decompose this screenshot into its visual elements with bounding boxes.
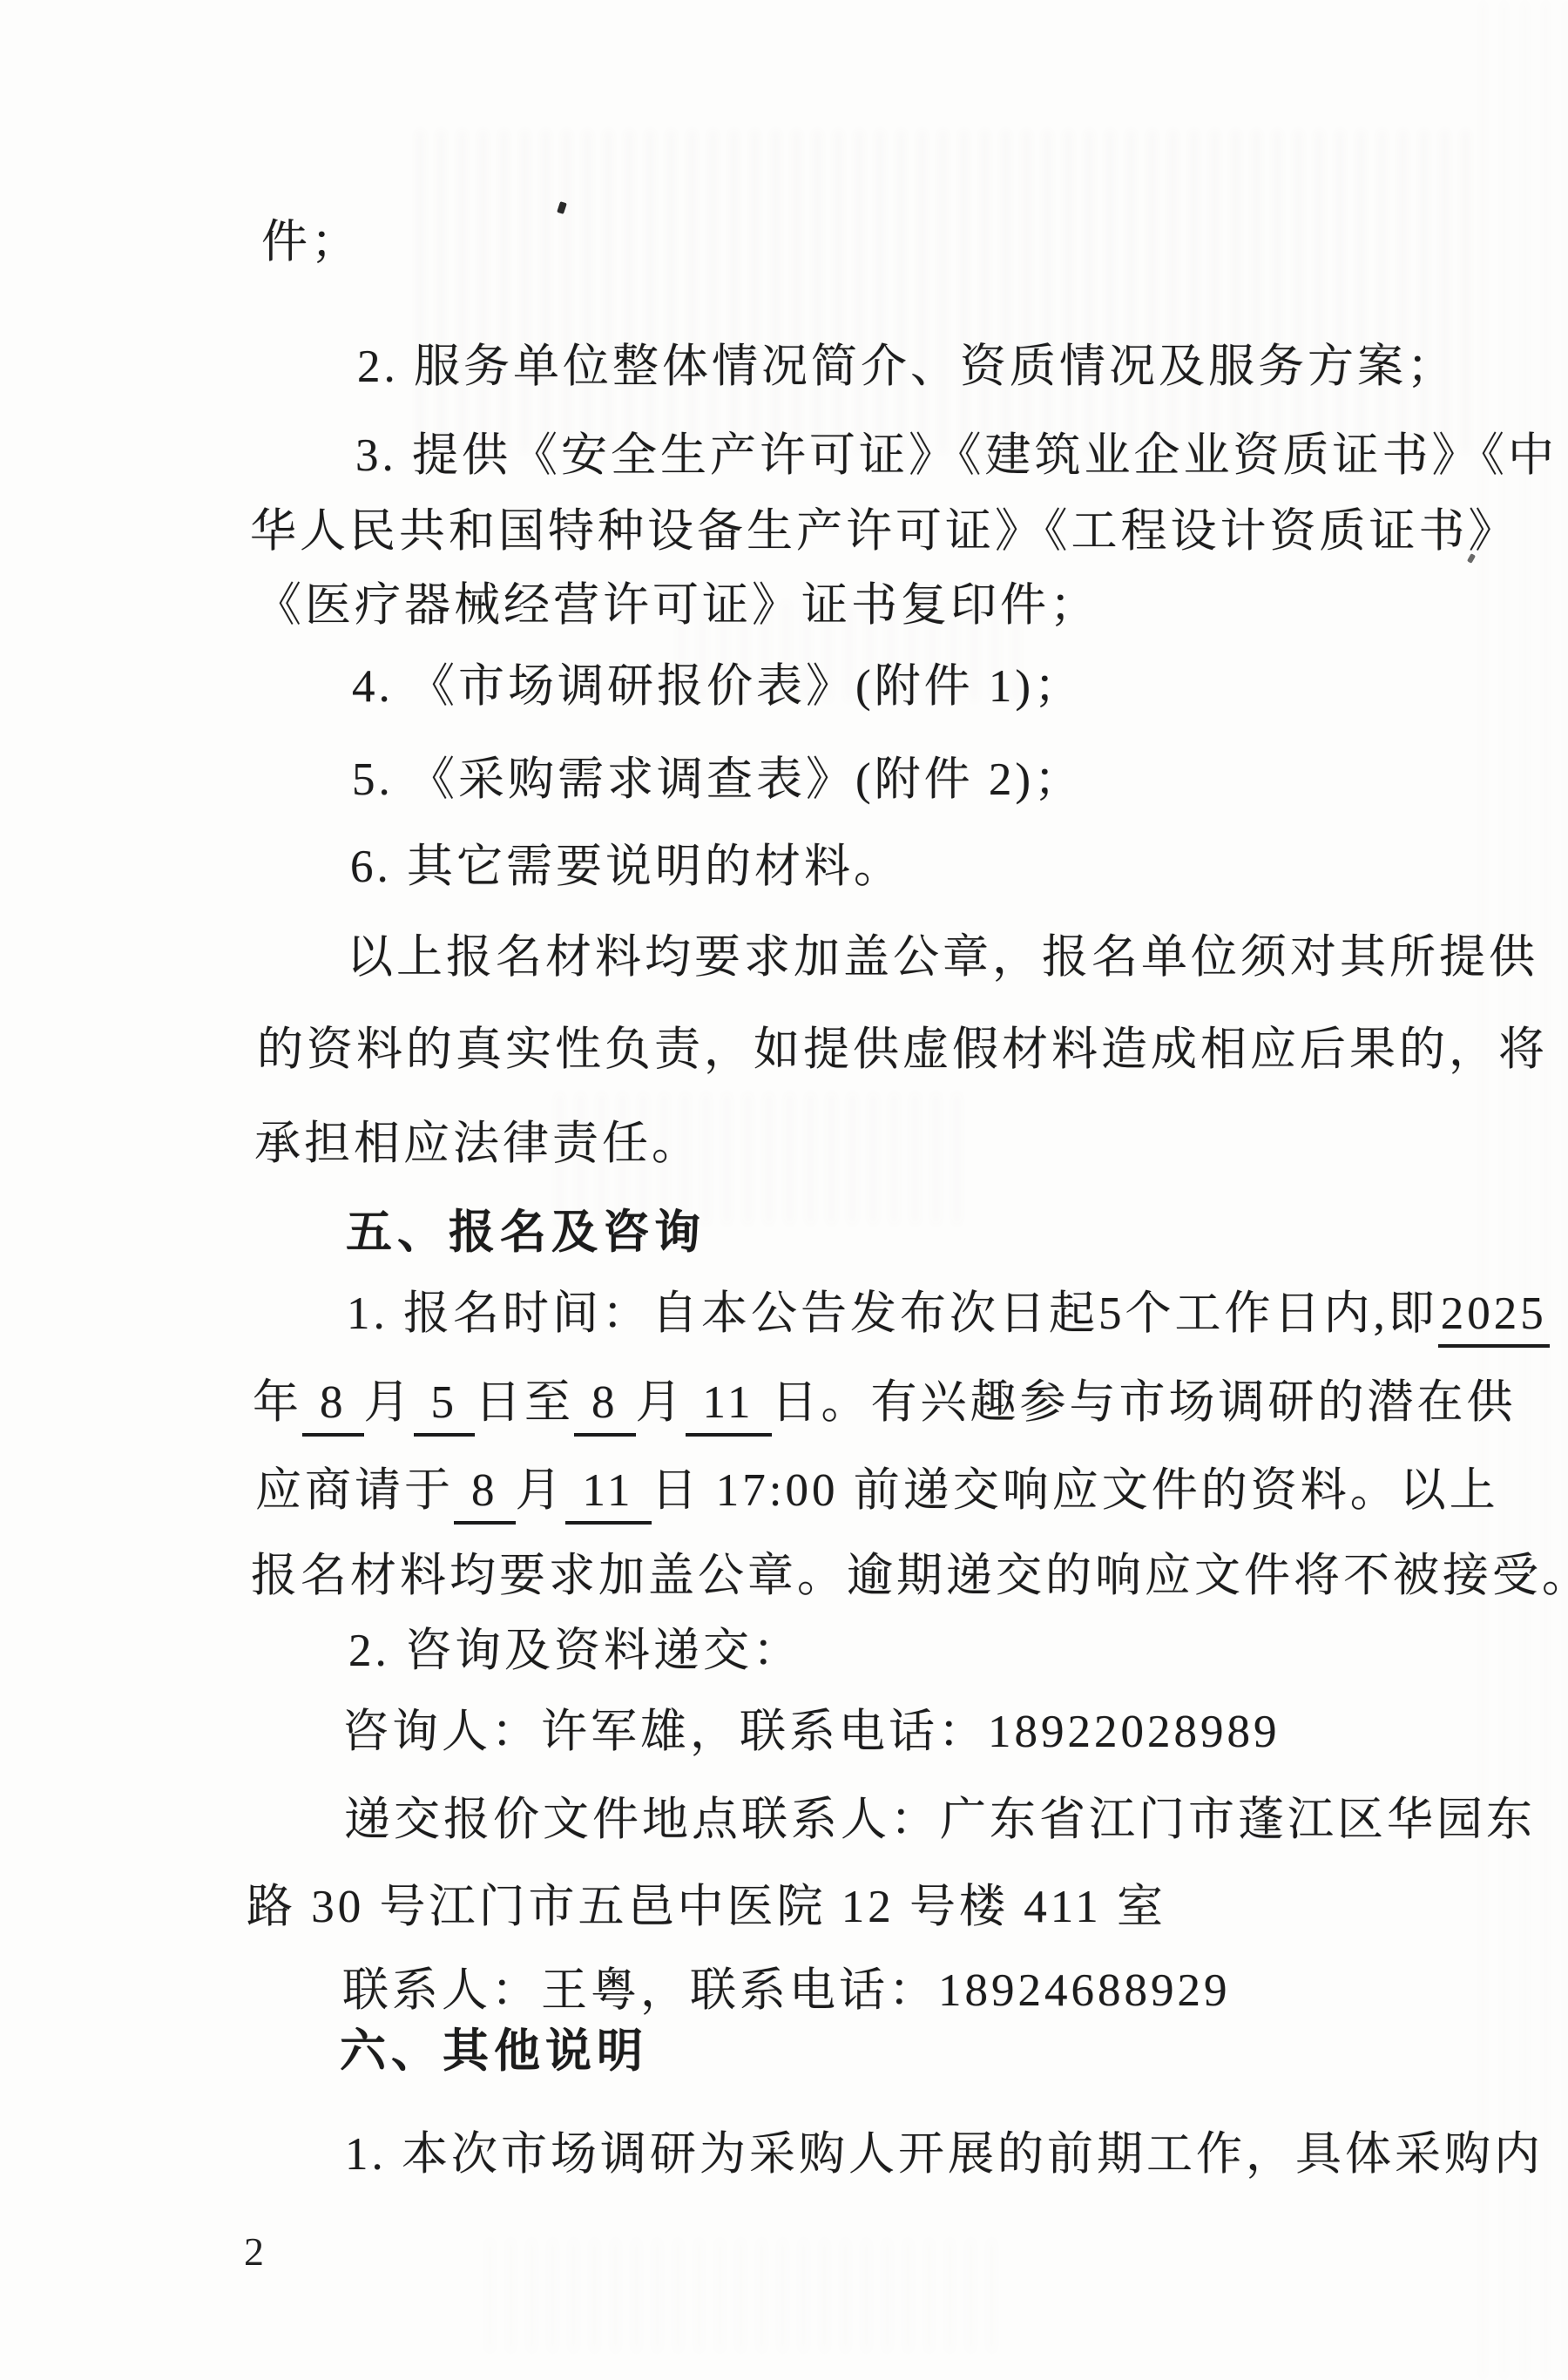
list-item-3-line2: 华人民共和国特种设备生产许可证》《工程设计资质证书》 (250, 503, 1518, 560)
submit-address-line2: 路 30 号江门市五邑中医院 12 号楼 411 室 (247, 1878, 1166, 1936)
consult-submit-heading: 2. 咨询及资料递交： (348, 1622, 802, 1680)
page-number: 2 (244, 2228, 264, 2275)
list-item-4: 4. 《市场调研报价表》(附件 1)； (352, 658, 1084, 715)
list-item-3-line1: 3. 提供《安全生产许可证》《建筑业企业资质证书》《中 (355, 427, 1558, 484)
bleedthrough-artifact-top (418, 131, 1472, 453)
list-item-5: 5. 《采购需求调查表》(附件 2)； (352, 751, 1084, 808)
section-heading-6-other-notes: 六、其他说明 (340, 2023, 648, 2080)
list-item-2: 2. 服务单位整体情况简介、资质情况及服务方案； (357, 338, 1456, 396)
ink-speck (557, 201, 567, 214)
seal-paragraph-line2: 的资料的真实性负责，如提供虚假材料造成相应后果的，将 (257, 1021, 1548, 1078)
consult-contact-line: 咨询人：许军雄，联系电话：18922028989 (342, 1703, 1281, 1761)
paragraph-continuation-line: 件； (261, 213, 361, 271)
submit-contact-line: 联系人：王粤，联系电话：18924688929 (342, 1962, 1231, 2019)
bleedthrough-artifact-bottom (488, 2239, 1010, 2352)
registration-time-line2: 年8月5日至8月11日。有兴趣参与市场调研的潜在供 (253, 1374, 1517, 1431)
scanned-document-page: 件； 2. 服务单位整体情况简介、资质情况及服务方案； 3. 提供《安全生产许可… (0, 0, 1568, 2380)
list-item-3-line3: 《医疗器械经营许可证》证书复印件； (255, 577, 1099, 634)
list-item-6: 6. 其它需要说明的材料。 (350, 838, 903, 896)
seal-paragraph-line1: 以上报名材料均要求加盖公章，报名单位须对其所提供 (347, 929, 1538, 986)
submit-address-line1: 递交报价文件地点联系人：广东省江门市蓬江区华园东 (344, 1791, 1536, 1849)
registration-time-line1: 1. 报名时间：自本公告发布次日起5个工作日内,即2025 (347, 1285, 1550, 1342)
section-heading-5-registration: 五、报名及咨询 (346, 1204, 706, 1261)
registration-time-line3: 应商请于8月11日 17:00 前递交响应文件的资料。以上 (255, 1462, 1499, 1519)
registration-time-line4: 报名材料均要求加盖公章。逾期递交的响应文件将不被接受。 (251, 1547, 1568, 1605)
seal-paragraph-line3: 承担相应法律责任。 (254, 1115, 701, 1173)
other-notes-item-1: 1. 本次市场调研为采购人开展的前期工作，具体采购内 (345, 2126, 1544, 2183)
bleedthrough-artifact-right-edge (1481, 0, 1568, 2380)
